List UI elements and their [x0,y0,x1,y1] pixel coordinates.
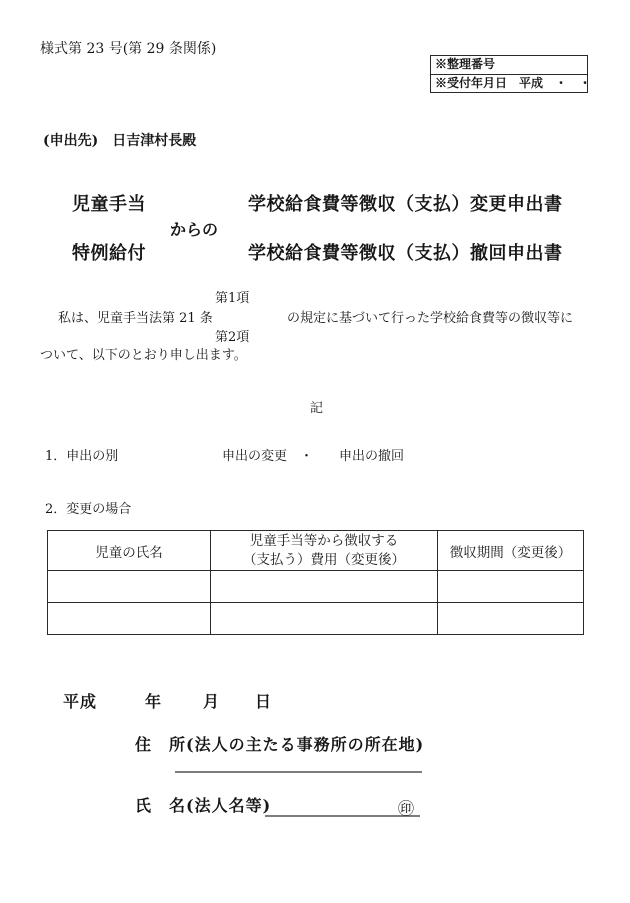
name-underline[interactable] [265,815,420,817]
page: 様式第 23 号(第 29 条関係) ※整理番号 ※受付年月日 平成 ・ ・ (… [0,0,630,903]
form-number: 様式第 23 号(第 29 条関係) [40,41,216,57]
title-change-application: 学校給食費等徴収（支払）変更申出書 [248,195,563,216]
item1-options[interactable]: 申出の変更 ・ 申出の撤回 [222,450,404,465]
date-month-label: 月 [203,693,220,711]
date-era-label: 平成 [63,693,97,711]
title-connector: からの [170,221,218,239]
reception-date-field[interactable]: ※受付年月日 平成 ・ ・ [431,74,587,92]
period-cell[interactable] [438,603,584,635]
change-table: 児童の氏名 児童手当等から徴収する （支払う）費用（変更後） 徴収期間（変更後） [47,530,584,635]
clause-2-label: 第2項 [215,331,249,346]
title-left-bottom: 特例給付 [72,244,146,265]
address-underline[interactable] [175,771,422,773]
address-label: 住 所(法人の主たる事務所の所在地) [135,736,424,754]
title-left-top: 児童手当 [72,195,146,216]
ki-heading: 記 [310,402,323,417]
body-line2: ついて、以下のとおり申し出ます。 [40,349,247,364]
body-line1-rest: の規定に基づいて行った学校給食費等の徴収等に [287,312,573,327]
office-use-box: ※整理番号 ※受付年月日 平成 ・ ・ [430,55,588,93]
table-row [48,571,584,603]
date-day-label: 日 [255,693,272,711]
period-cell[interactable] [438,571,584,603]
table-header-period: 徴収期間（変更後） [438,531,584,571]
table-header-row: 児童の氏名 児童手当等から徴収する （支払う）費用（変更後） 徴収期間（変更後） [48,531,584,571]
cost-cell[interactable] [211,603,438,635]
law-reference-text: 私は、児童手当法第 21 条 [58,312,213,327]
table-header-child-name: 児童の氏名 [48,531,211,571]
cost-cell[interactable] [211,571,438,603]
seal-mark: ㊞ [398,796,414,819]
child-name-cell[interactable] [48,603,211,635]
title-withdrawal-application: 学校給食費等徴収（支払）撤回申出書 [248,244,563,265]
table-row [48,603,584,635]
name-label: 氏 名(法人名等) [135,797,271,815]
item2-label: 2．変更の場合 [45,503,131,518]
date-year-label: 年 [145,693,162,711]
table-header-cost: 児童手当等から徴収する （支払う）費用（変更後） [211,531,438,571]
item1-label: 1．申出の別 [45,450,118,465]
clause-1-label: 第1項 [215,292,249,307]
child-name-cell[interactable] [48,571,211,603]
reference-number-field[interactable]: ※整理番号 [431,56,587,74]
addressee-line: (申出先) 日吉津村長殿 [43,133,196,149]
